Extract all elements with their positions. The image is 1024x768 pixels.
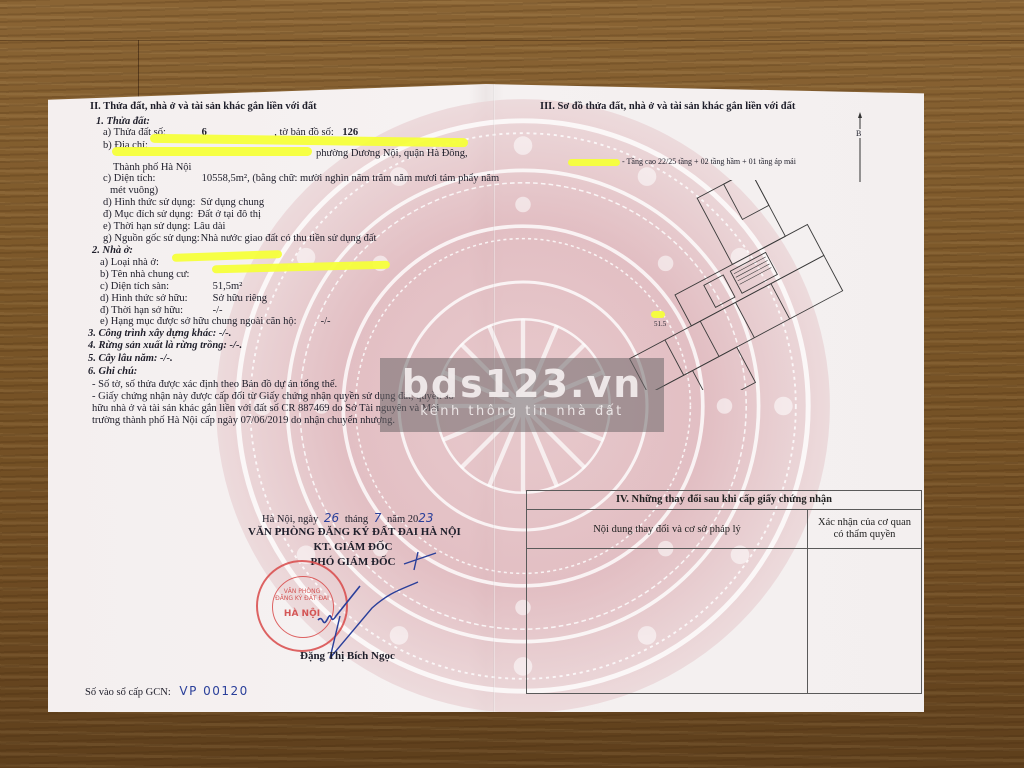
unit-highlight — [651, 311, 665, 318]
term-row: e) Thời hạn sử dụng: Lâu dài — [103, 221, 225, 232]
address-ward-district: phường Dương Nội, quận Hà Đông, — [316, 148, 468, 159]
ownership-value: Sở hữu riêng — [213, 293, 267, 304]
month-label: tháng — [345, 514, 368, 525]
perennial-trees: 5. Cây lâu năm: -/-. — [88, 353, 173, 365]
purpose-row: đ) Mục đích sử dụng: Đất ở tại đô thị — [103, 209, 261, 220]
section-2-title: II. Thửa đất, nhà ở và tài sản khác gắn … — [90, 101, 317, 113]
common-row: e) Hạng mục được sở hữu chung ngoài căn … — [100, 316, 331, 327]
north-label: B — [856, 129, 861, 138]
purpose-label: đ) Mục đích sử dụng: — [103, 209, 195, 220]
use-form-label: d) Hình thức sử dụng: — [103, 197, 198, 208]
day-handwritten: 26 — [324, 511, 339, 525]
col-header-confirmation: Xác nhận của cơ quan có thẩm quyền — [808, 510, 921, 548]
changes-table: IV. Những thay đổi sau khi cấp giấy chứn… — [526, 490, 922, 694]
north-arrow-icon — [856, 112, 864, 182]
note-line: trường thành phố Hà Nội cấp ngày 07/06/2… — [92, 415, 395, 426]
year-label: năm 20 — [387, 514, 418, 525]
date-prefix: Hà Nội, ngày — [262, 514, 318, 525]
term-value: Lâu dài — [194, 221, 226, 232]
registry-label: Số vào sổ cấp GCN: — [85, 687, 171, 698]
notes-heading: 6. Ghi chú: — [88, 366, 137, 378]
origin-label: g) Nguồn gốc sử dụng: — [103, 233, 198, 244]
house-heading: 2. Nhà ở: — [92, 245, 133, 257]
use-form-value: Sử dụng chung — [201, 197, 264, 208]
own-term-label: đ) Thời hạn sở hữu: — [100, 305, 210, 316]
unit-area-label: 51.5 — [654, 320, 666, 328]
ownership-label: d) Hình thức sở hữu: — [100, 293, 210, 304]
signer-name: Đặng Thị Bích Ngọc — [300, 650, 395, 662]
section-3-title: III. Sơ đồ thửa đất, nhà ở và tài sản kh… — [540, 101, 795, 113]
floor-seam — [0, 40, 1024, 41]
area-row: c) Diện tích: 10558,5m², (bằng chữ: mười… — [103, 173, 499, 184]
registry-row: Số vào sổ cấp GCN: VP 00120 — [85, 684, 249, 698]
redaction-highlight — [568, 159, 620, 166]
site-watermark: bds123.vn kênh thông tin nhà đất — [380, 358, 664, 432]
ownership-row: d) Hình thức sở hữu: Sở hữu riêng — [100, 293, 267, 304]
term-label: e) Thời hạn sử dụng: — [103, 221, 191, 232]
area-value: 10558,5m², (bằng chữ: mười nghìn năm tră… — [202, 173, 500, 184]
note-line: - Số tờ, số thửa được xác định theo Bản … — [92, 379, 337, 390]
issue-date: Hà Nội, ngày 26 tháng 7 năm 2023 — [262, 511, 434, 525]
changes-cell — [527, 549, 808, 693]
other-works: 3. Công trình xây dựng khác: -/-. — [88, 328, 231, 340]
issuing-office: VĂN PHÒNG ĐĂNG KÝ ĐẤT ĐAI HÀ NỘI — [248, 526, 458, 538]
origin-row: g) Nguồn gốc sử dụng: Nhà nước giao đất … — [103, 233, 376, 244]
use-form-row: d) Hình thức sử dụng: Sử dụng chung — [103, 197, 264, 208]
initial-mark — [400, 550, 440, 572]
area-value-cont: mét vuông) — [110, 185, 158, 196]
year-handwritten: 23 — [418, 511, 433, 525]
floor-area-value: 51,5m² — [213, 281, 243, 292]
own-term-row: đ) Thời hạn sở hữu: -/- — [100, 305, 223, 316]
house-type-label: a) Loại nhà ở: — [100, 257, 159, 268]
floor-area-label: c) Diện tích sàn: — [100, 281, 210, 292]
origin-value: Nhà nước giao đất có thu tiền sử dụng đấ… — [201, 233, 377, 244]
col-header-changes: Nội dung thay đổi và cơ sở pháp lý — [527, 510, 808, 548]
address-city: Thành phố Hà Nội — [113, 162, 191, 173]
confirmation-cell — [808, 549, 921, 693]
building-note: - Tầng cao 22/25 tầng + 02 tầng hầm + 01… — [622, 157, 796, 166]
redaction-highlight — [112, 147, 312, 156]
building-name-label: b) Tên nhà chung cư: — [100, 269, 189, 280]
forest: 4. Rừng sản xuất là rừng trồng: -/-. — [88, 340, 242, 352]
common-value: -/- — [321, 316, 331, 327]
common-label: e) Hạng mục được sở hữu chung ngoài căn … — [100, 316, 318, 327]
own-term-value: -/- — [213, 305, 223, 316]
floor-area-row: c) Diện tích sàn: 51,5m² — [100, 281, 242, 292]
registry-number: VP 00120 — [179, 684, 248, 698]
watermark-brand: bds123.vn — [380, 362, 664, 406]
purpose-value: Đất ở tại đô thị — [198, 209, 261, 220]
watermark-tagline: kênh thông tin nhà đất — [380, 404, 664, 419]
area-label: c) Diện tích: — [103, 173, 199, 184]
handwritten-signature — [300, 580, 440, 660]
section-4-title: IV. Những thay đổi sau khi cấp giấy chứn… — [527, 491, 921, 510]
floor-seam — [138, 40, 139, 100]
month-handwritten: 7 — [374, 511, 382, 525]
